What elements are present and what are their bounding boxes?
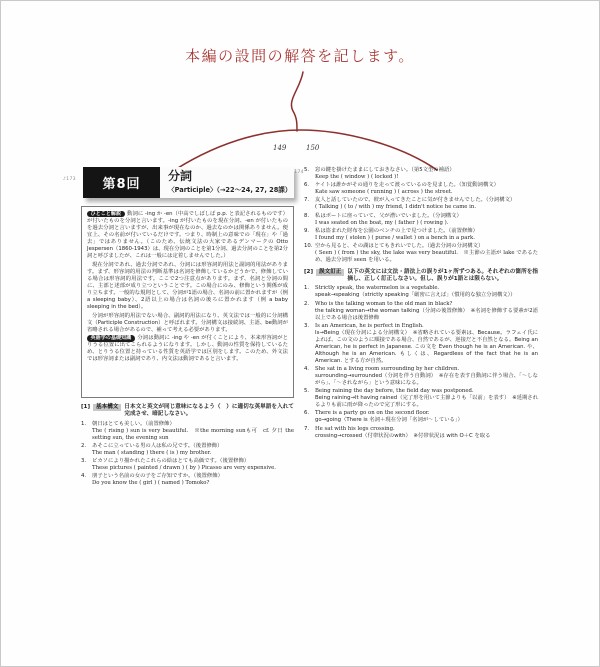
page-number-right: 150 [306, 144, 319, 152]
exercise-item: 5. 窓の鍵を掛けたままにしておきなさい。（第5文型の補語） Keep the … [304, 167, 538, 181]
commentary-badge: ひとこと解説 [87, 211, 125, 217]
right-page-column: 5. 窓の鍵を掛けたままにしておきなさい。（第5文型の補語） Keep the … [304, 167, 538, 441]
exercise-item: 3. Is an American, he is perfect in Engl… [304, 323, 538, 365]
item-japanese: 空から見ると、その湖はとてもきれいでした。（過去分詞の分詞構文） [315, 243, 538, 250]
exercise-item: 1. 朝日はとても美しい。（前置修飾） The ( rising ) sun i… [81, 421, 294, 442]
item-number: 6. [304, 410, 315, 424]
item-answer: Being raining→It having rained（完了形を用いて主節… [315, 395, 538, 409]
item-japanese: 朋子という名前の女の子をご存知ですか。（後置修飾） [92, 473, 294, 480]
item-english: Kate saw someone ( running ) ( across ) … [315, 189, 538, 196]
commentary-text-1: 動詞に -ing か -en（中高でしばしば p.p. と表記されるものです）が… [87, 211, 288, 259]
item-english: ( Talking ) ( to / with ) my friend, I d… [315, 204, 538, 211]
section2-label: [2] [304, 269, 313, 283]
exercise-item: 2. Who is the talking woman to the old m… [304, 301, 538, 322]
item-number: 5. [304, 388, 315, 409]
audio-track-label-left: ♪173 [63, 177, 76, 182]
commentary-box: ひとこと解説動詞に -ing か -en（中高でしばしば p.p. と表記される… [81, 206, 294, 398]
item-english: Is an American, he is perfect in English… [315, 323, 538, 330]
item-answer: Is→Being（現在分詞による分詞構文） ※省略されている要素は、Becaus… [315, 330, 538, 365]
exercise-item: 6. There is a party go on on the second … [304, 410, 538, 424]
exercise-item: 9. 私は盗まれた財布を公園のベンチの上で見つけました。（前置修飾） I fou… [304, 228, 538, 242]
section2-instruction: 以下の英文には文法・語法上の誤りが1ヶ所ずつある。それぞれの箇所を指摘し、正しく… [347, 269, 538, 283]
item-number: 1. [304, 285, 315, 299]
item-english: These pictures ( painted / drawn ) ( by … [92, 465, 294, 472]
item-number: 4. [81, 473, 92, 487]
item-english: She sat in a living room surrounding by … [315, 366, 538, 373]
page-number-left: 149 [273, 144, 286, 152]
item-japanese: 窓の鍵を掛けたままにしておきなさい。（第5文型の補語） [315, 167, 538, 174]
section2-badge: 誤文訂正 [316, 269, 344, 276]
item-answer: go→going（There is 名詞＋現在分詞「名詞が～している」） [315, 417, 538, 424]
item-number: 3. [304, 323, 315, 365]
item-english: Keep the ( window ) ( locked )! [315, 174, 538, 181]
book-spread-screenshot: 本編の設問の解答を記します。 149 150 ♪173 ♪174 第8回 分詞 … [0, 0, 600, 667]
item-number: 10. [304, 243, 315, 264]
section1-instruction: 日本文と英文が同じ意味になるよう（ ）に適切な英単語を入れて完成させ、暗記しなさ… [124, 404, 294, 418]
item-number: 8. [304, 213, 315, 227]
item-japanese: あそこに立っている男の人は私の兄です。（後置修飾） [92, 443, 294, 450]
item-japanese: 私はボートに座っていて、父が漕いでいました。（分詞構文） [315, 213, 538, 220]
item-english: The ( rising ) sun is very beautiful. ※t… [92, 428, 294, 442]
section1-items: 1. 朝日はとても美しい。（前置修飾） The ( rising ) sun i… [81, 421, 294, 488]
item-answer: speak→speaking（strictly speaking「厳密に言えば」… [315, 292, 538, 299]
item-answer: crossing→crossed（付帯状況のwith） ※付帯状況は with … [315, 433, 538, 440]
item-number: 7. [304, 426, 315, 440]
section2-header: [2] 誤文訂正 以下の英文には文法・語法上の誤りが1ヶ所ずつある。それぞれの箇… [304, 269, 538, 283]
item-japanese: 私は盗まれた財布を公園のベンチの上で見つけました。（前置修飾） [315, 228, 538, 235]
section2-items: 1. Strictly speak, the watermelon is a v… [304, 285, 538, 439]
commentary-para-4: 英語学の基礎知識分詞は動詞に -ing や -en が付くことにより、本来形容詞… [87, 335, 288, 363]
commentary-para-1: ひとこと解説動詞に -ing か -en（中高でしばしば p.p. と表記される… [87, 211, 288, 260]
exercise-item: 5. Being raining the day before, the fie… [304, 388, 538, 409]
section-basic-sentences: [1] 基本構文 日本文と英文が同じ意味になるよう（ ）に適切な英単語を入れて完… [81, 404, 294, 488]
exercise-item: 4. 朋子という名前の女の子をご存知ですか。（後置修飾） Do you know… [81, 473, 294, 487]
item-english: ( Seen ) ( from ) the sky, the lake was … [315, 250, 538, 264]
item-english: The man ( standing ) there ( is ) my bro… [92, 450, 294, 457]
item-english: Do you know the ( girl ) ( named ) Tomok… [92, 480, 294, 487]
item-number: 9. [304, 228, 315, 242]
exercise-item: 7. He sat with his legs crossing. crossi… [304, 426, 538, 440]
item-answer: the talking woman→the woman talking（分詞の後… [315, 308, 538, 322]
exercise-item: 8. 私はボートに座っていて、父が漕いでいました。（分詞構文） I was se… [304, 213, 538, 227]
item-japanese: 朝日はとても美しい。（前置修飾） [92, 421, 294, 428]
section1-items-continued: 5. 窓の鍵を掛けたままにしておきなさい。（第5文型の補語） Keep the … [304, 167, 538, 264]
linguistics-badge: 英語学の基礎知識 [87, 335, 135, 341]
item-number: 2. [81, 443, 92, 457]
item-number: 7. [304, 197, 315, 211]
item-number: 1. [81, 421, 92, 442]
exercise-item: 7. 友人と話していたので、彼が入ってきたことに気が付きませんでした。（分詞構文… [304, 197, 538, 211]
item-number: 4. [304, 366, 315, 387]
section1-header: [1] 基本構文 日本文と英文が同じ意味になるよう（ ）に適切な英単語を入れて完… [81, 404, 294, 418]
exercise-item: 6. ケイトは誰かがその通りを走って渡っているのを見ました。（知覚動詞構文） K… [304, 182, 538, 196]
exercise-item: 4. She sat in a living room surrounding … [304, 366, 538, 387]
lesson-header: 第8回 分詞 〈Participle〉（→22～24, 27, 28課） [83, 167, 294, 198]
lesson-title-box: 分詞 〈Participle〉（→22～24, 27, 28課） [160, 167, 294, 198]
commentary-para-3: 分詞が形容詞的用法でない場合、副詞的用法になり、英文法では一般的に分詞構文（Pa… [87, 313, 288, 334]
item-answer: surrounding→surrounded（分詞を伴う自動詞） ※存在を表す自… [315, 373, 538, 387]
item-english: Who is the talking woman to the old man … [315, 301, 538, 308]
item-number: 2. [304, 301, 315, 322]
lesson-title: 分詞 [168, 170, 294, 183]
item-number: 3. [81, 458, 92, 472]
item-number: 6. [304, 182, 315, 196]
item-english: I found my ( stolen ) ( purse / wallet )… [315, 235, 538, 242]
exercise-item: 2. あそこに立っている男の人は私の兄です。（後置修飾） The man ( s… [81, 443, 294, 457]
item-japanese: ピカソにより描かれたこれらの絵はとても高価です。（後置修飾） [92, 458, 294, 465]
red-annotation-text: 本編の設問の解答を記します。 [1, 45, 599, 66]
section1-label: [1] [81, 404, 90, 418]
item-english: He sat with his legs crossing. [315, 426, 538, 433]
lesson-subtitle: 〈Participle〉（→22～24, 27, 28課） [168, 184, 294, 194]
section1-badge: 基本構文 [93, 404, 121, 411]
exercise-item: 1. Strictly speak, the watermelon is a v… [304, 285, 538, 299]
exercise-item: 10. 空から見ると、その湖はとてもきれいでした。（過去分詞の分詞構文） ( S… [304, 243, 538, 264]
section-error-correction: [2] 誤文訂正 以下の英文には文法・語法上の誤りが1ヶ所ずつある。それぞれの箇… [304, 269, 538, 440]
exercise-item: 3. ピカソにより描かれたこれらの絵はとても高価です。（後置修飾） These … [81, 458, 294, 472]
commentary-para-2: 現在分詞であれ、過去分詞であれ、分詞には形容詞的用法と副詞的用法があります。まず… [87, 262, 288, 311]
lesson-number-box: 第8回 [83, 167, 160, 198]
item-number: 5. [304, 167, 315, 181]
item-english: I was seated on the boat, my ( father ) … [315, 220, 538, 227]
